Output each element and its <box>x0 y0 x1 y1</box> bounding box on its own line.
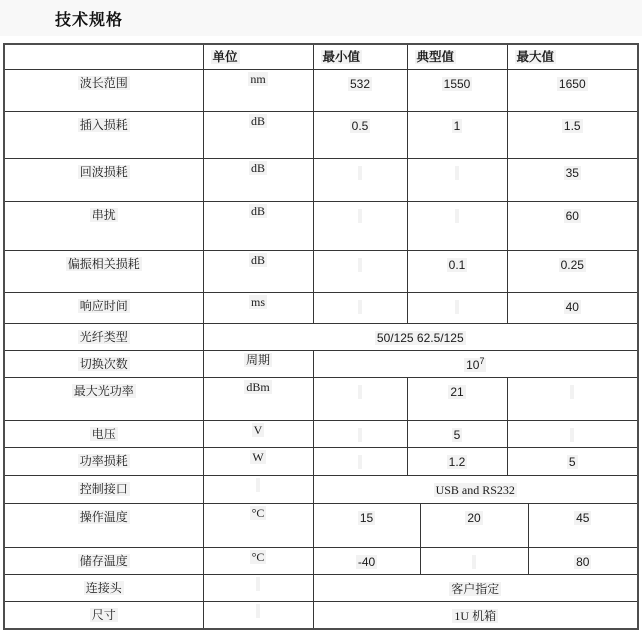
max-value-cell <box>507 377 638 420</box>
spec-label-cell-text: 尺寸 <box>90 608 118 622</box>
unit-cell: °C <box>203 547 313 574</box>
spec-label-cell-text: 光纤类型 <box>78 330 130 344</box>
min-value-cell <box>313 201 407 250</box>
typical-value-cell-text: 1 <box>452 119 463 133</box>
max-value-cell-text <box>570 385 574 399</box>
spec-label-cell: 储存温度 <box>4 547 203 574</box>
max-value-cell: 5 <box>507 447 638 475</box>
spec-label-cell-text: 切换次数 <box>78 357 130 371</box>
header-max: 最大值 <box>507 44 638 69</box>
header-unit: 单位 <box>203 44 313 69</box>
spec-row: 响应时间ms40 <box>4 292 638 323</box>
typical-value-cell-text: 0.1 <box>447 258 468 272</box>
spec-row: 电压V5 <box>4 420 638 447</box>
min-value-cell: 0.5 <box>313 111 407 158</box>
spec-label-cell-text: 功率损耗 <box>78 454 130 468</box>
spec-label-cell: 尺寸 <box>4 601 203 629</box>
spec-label-cell: 控制接口 <box>4 475 203 503</box>
table-header-row: 单位 最小值 典型值 最大值 <box>4 44 638 69</box>
spec-row: 操作温度°C152045 <box>4 503 638 547</box>
spec-row: 连接头客户指定 <box>4 574 638 601</box>
typical-value-cell <box>407 158 507 201</box>
min-value-cell-text <box>358 300 362 314</box>
unit-cell-text: °C <box>250 550 267 564</box>
min-value-cell-text <box>358 455 362 469</box>
typical-value-cell-text <box>472 555 476 569</box>
spec-label-cell-text: 插入损耗 <box>78 118 130 132</box>
superscript: 7 <box>479 356 484 366</box>
typical-value-cell-text <box>455 300 459 314</box>
spec-row: 尺寸1U 机箱 <box>4 601 638 629</box>
min-value-cell <box>313 158 407 201</box>
spec-label-cell: 电压 <box>4 420 203 447</box>
span-value-cell: 50/125 62.5/125 <box>203 323 638 350</box>
max-value-cell: 80 <box>528 547 638 574</box>
min-value-cell: -40 <box>313 547 420 574</box>
header-typical: 典型值 <box>407 44 507 69</box>
max-value-cell: 40 <box>507 292 638 323</box>
spec-label-cell: 串扰 <box>4 201 203 250</box>
spec-label-cell-text: 波长范围 <box>78 76 130 90</box>
spec-label-cell: 响应时间 <box>4 292 203 323</box>
spec-row: 最大光功率dBm21 <box>4 377 638 420</box>
max-value-cell <box>507 420 638 447</box>
min-value-cell-text: -40 <box>356 555 377 569</box>
spec-label-cell-text: 储存温度 <box>78 554 130 568</box>
spec-label-cell-text: 电压 <box>90 427 118 441</box>
unit-cell-text: ms <box>249 295 267 309</box>
spec-label-cell: 操作温度 <box>4 503 203 547</box>
unit-cell-text <box>256 577 260 591</box>
min-value-cell: 532 <box>313 69 407 111</box>
span-value-cell: 107 <box>313 350 638 377</box>
span-value-cell: USB and RS232 <box>313 475 638 503</box>
typical-value-cell: 20 <box>420 503 528 547</box>
spec-row: 切换次数周期107 <box>4 350 638 377</box>
max-value-cell: 1.5 <box>507 111 638 158</box>
typical-value-cell: 5 <box>407 420 507 447</box>
unit-cell: dB <box>203 158 313 201</box>
max-value-cell-text: 0.25 <box>559 258 586 272</box>
unit-cell: V <box>203 420 313 447</box>
max-value-cell-text: 5 <box>567 455 578 469</box>
unit-cell-text: dBm <box>244 380 271 394</box>
typical-value-cell-text <box>455 166 459 180</box>
spec-row: 波长范围nm53215501650 <box>4 69 638 111</box>
spec-row: 功率损耗W1.25 <box>4 447 638 475</box>
unit-cell-text <box>256 478 260 492</box>
max-value-cell: 60 <box>507 201 638 250</box>
max-value-cell: 1650 <box>507 69 638 111</box>
span-value-cell-text: USB and RS232 <box>434 483 517 497</box>
spec-row: 控制接口USB and RS232 <box>4 475 638 503</box>
spec-label-cell-text: 偏振相关损耗 <box>66 257 142 271</box>
typical-value-cell: 0.1 <box>407 250 507 292</box>
unit-cell: ms <box>203 292 313 323</box>
spec-table: 单位 最小值 典型值 最大值 波长范围nm53215501650插入损耗dB0.… <box>3 43 639 630</box>
typical-value-cell <box>420 547 528 574</box>
min-value-cell-text <box>358 209 362 223</box>
header-blank-cell <box>4 44 203 69</box>
max-value-cell-text <box>570 428 574 442</box>
spec-row: 回波损耗dB35 <box>4 158 638 201</box>
spec-label-cell-text: 控制接口 <box>78 482 130 496</box>
unit-cell-text: dB <box>249 161 267 175</box>
unit-cell-text: °C <box>250 506 267 520</box>
spec-label-cell: 光纤类型 <box>4 323 203 350</box>
typical-value-cell-text <box>455 209 459 223</box>
unit-cell-text: dB <box>249 204 267 218</box>
span-value-cell: 客户指定 <box>313 574 638 601</box>
spec-label-cell: 偏振相关损耗 <box>4 250 203 292</box>
unit-cell: dBm <box>203 377 313 420</box>
spec-label-cell-text: 串扰 <box>90 208 118 222</box>
header-min: 最小值 <box>313 44 407 69</box>
unit-cell <box>203 601 313 629</box>
unit-cell: dB <box>203 250 313 292</box>
unit-cell-text: dB <box>249 114 267 128</box>
spec-label-cell-text: 回波损耗 <box>78 165 130 179</box>
min-value-cell <box>313 292 407 323</box>
unit-cell-text: V <box>252 423 265 437</box>
unit-cell: °C <box>203 503 313 547</box>
typical-value-cell: 1 <box>407 111 507 158</box>
span-value-cell-text: 客户指定 <box>449 582 501 596</box>
spec-label-cell: 波长范围 <box>4 69 203 111</box>
unit-cell-text <box>256 604 260 618</box>
spec-label-cell-text: 操作温度 <box>78 510 130 524</box>
spec-label-cell-text: 最大光功率 <box>72 384 136 398</box>
spec-row: 串扰dB60 <box>4 201 638 250</box>
typical-value-cell-text: 5 <box>452 428 463 442</box>
typical-value-cell-text: 1.2 <box>447 455 468 469</box>
min-value-cell <box>313 377 407 420</box>
max-value-cell-text: 45 <box>574 511 591 525</box>
typical-value-cell-text: 1550 <box>442 77 473 91</box>
typical-value-cell <box>407 201 507 250</box>
max-value-cell-text: 60 <box>564 209 581 223</box>
min-value-cell-text <box>358 258 362 272</box>
spec-label-cell: 回波损耗 <box>4 158 203 201</box>
spec-row: 光纤类型50/125 62.5/125 <box>4 323 638 350</box>
typical-value-cell-text: 21 <box>448 385 465 399</box>
min-value-cell-text: 0.5 <box>350 119 371 133</box>
spec-row: 插入损耗dB0.511.5 <box>4 111 638 158</box>
spec-label-cell: 功率损耗 <box>4 447 203 475</box>
max-value-cell: 35 <box>507 158 638 201</box>
unit-cell-text: dB <box>249 253 267 267</box>
min-value-cell-text <box>358 166 362 180</box>
min-value-cell-text: 532 <box>348 77 372 91</box>
unit-cell: W <box>203 447 313 475</box>
spec-row: 储存温度°C-4080 <box>4 547 638 574</box>
max-value-cell-text: 40 <box>564 300 581 314</box>
min-value-cell <box>313 250 407 292</box>
typical-value-cell: 21 <box>407 377 507 420</box>
unit-cell: 周期 <box>203 350 313 377</box>
unit-cell <box>203 574 313 601</box>
spec-label-cell: 插入损耗 <box>4 111 203 158</box>
spec-label-cell: 最大光功率 <box>4 377 203 420</box>
unit-cell: nm <box>203 69 313 111</box>
spec-label-cell: 切换次数 <box>4 350 203 377</box>
max-value-cell-text: 35 <box>564 166 581 180</box>
unit-cell-text: nm <box>248 72 267 86</box>
unit-cell <box>203 475 313 503</box>
typical-value-cell-text: 20 <box>465 511 482 525</box>
max-value-cell-text: 1.5 <box>562 119 583 133</box>
max-value-cell-text: 80 <box>574 555 591 569</box>
spec-label-cell-text: 连接头 <box>84 581 124 595</box>
min-value-cell-text: 15 <box>358 511 375 525</box>
spec-label-cell-text: 响应时间 <box>78 299 130 313</box>
min-value-cell <box>313 420 407 447</box>
spec-label-cell: 连接头 <box>4 574 203 601</box>
page-title: 技术规格 <box>55 7 123 30</box>
typical-value-cell: 1550 <box>407 69 507 111</box>
min-value-cell <box>313 447 407 475</box>
max-value-cell: 0.25 <box>507 250 638 292</box>
span-value-cell-text: 1U 机箱 <box>452 609 498 623</box>
min-value-cell-text <box>358 385 362 399</box>
min-value-cell: 15 <box>313 503 420 547</box>
max-value-cell-text: 1650 <box>557 77 588 91</box>
span-value-cell-text: 107 <box>464 358 486 372</box>
unit-cell: dB <box>203 201 313 250</box>
typical-value-cell <box>407 292 507 323</box>
span-value-cell-text: 50/125 62.5/125 <box>375 331 466 345</box>
spec-row: 偏振相关损耗dB0.10.25 <box>4 250 638 292</box>
typical-value-cell: 1.2 <box>407 447 507 475</box>
min-value-cell-text <box>358 428 362 442</box>
unit-cell: dB <box>203 111 313 158</box>
unit-cell-text: W <box>250 450 265 464</box>
max-value-cell: 45 <box>528 503 638 547</box>
span-value-cell: 1U 机箱 <box>313 601 638 629</box>
unit-cell-text: 周期 <box>244 353 272 367</box>
